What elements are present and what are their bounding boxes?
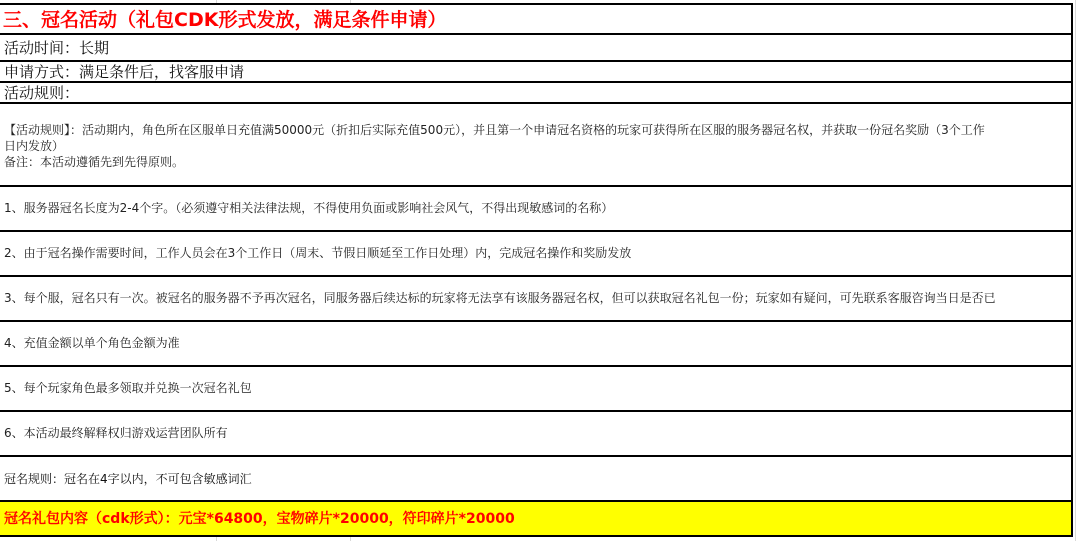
rule-item-text: 1、服务器冠名长度为2-4个字。（必须遵守相关法律法规，不得使用负面或影响社会风… [4, 201, 613, 215]
gridline [1075, 0, 1076, 541]
rule-item-text: 5、每个玩家角色最多领取并兑换一次冠名礼包 [4, 381, 252, 395]
rule-item-cell[interactable]: 4、充值金额以单个角色金额为准 [0, 322, 1071, 367]
rules-note-line: 备注：本活动遵循先到先得原则。 [4, 154, 1071, 170]
gridline [350, 537, 351, 541]
gridline [216, 537, 217, 541]
activity-time-cell[interactable]: 活动时间：长期 [0, 35, 1071, 62]
rule-item-text: 2、由于冠名操作需要时间，工作人员会在3个工作日（周末、节假日顺延至工作日处理）… [4, 246, 631, 260]
activity-time-text: 活动时间：长期 [4, 39, 109, 57]
rules-detail-line: 【活动规则】：活动期内，角色所在区服单日充值满50000元（折扣后实际充值500… [4, 122, 1071, 138]
naming-rule-text: 冠名规则：冠名在4字以内，不可包含敏感词汇 [4, 472, 252, 486]
rule-item-cell[interactable]: 1、服务器冠名长度为2-4个字。（必须遵守相关法律法规，不得使用负面或影响社会风… [0, 187, 1071, 232]
rule-item-cell[interactable]: 2、由于冠名操作需要时间，工作人员会在3个工作日（周末、节假日顺延至工作日处理）… [0, 232, 1071, 277]
rules-heading-text: 活动规则： [4, 84, 79, 102]
rule-item-text: 6、本活动最终解释权归游戏运营团队所有 [4, 426, 228, 440]
rule-item-cell[interactable]: 5、每个玩家角色最多领取并兑换一次冠名礼包 [0, 367, 1071, 412]
rules-detail-cell[interactable]: 【活动规则】：活动期内，角色所在区服单日充值满50000元（折扣后实际充值500… [0, 104, 1071, 187]
rule-item-cell[interactable]: 3、每个服，冠名只有一次。被冠名的服务器不予再次冠名，同服务器后续达标的玩家将无… [0, 277, 1071, 322]
rules-heading-cell[interactable]: 活动规则： [0, 83, 1071, 104]
gift-content-cell[interactable]: 冠名礼包内容（cdk形式）：元宝*64800，宝物碎片*20000，符印碎片*2… [0, 502, 1071, 537]
apply-method-text: 申请方式：满足条件后，找客服申请 [4, 63, 244, 81]
section-title-cell[interactable]: 三、冠名活动（礼包CDK形式发放，满足条件申请） [0, 5, 1071, 35]
naming-rule-cell[interactable]: 冠名规则：冠名在4字以内，不可包含敏感词汇 [0, 457, 1071, 502]
spreadsheet-table: 三、冠名活动（礼包CDK形式发放，满足条件申请） 活动时间：长期 申请方式：满足… [0, 3, 1073, 537]
gift-content-text: 冠名礼包内容（cdk形式）：元宝*64800，宝物碎片*20000，符印碎片*2… [4, 511, 515, 527]
rule-item-cell[interactable]: 6、本活动最终解释权归游戏运营团队所有 [0, 412, 1071, 457]
rules-detail-line: 日内发放） [4, 138, 1071, 154]
rule-item-text: 3、每个服，冠名只有一次。被冠名的服务器不予再次冠名，同服务器后续达标的玩家将无… [4, 291, 996, 305]
apply-method-cell[interactable]: 申请方式：满足条件后，找客服申请 [0, 62, 1071, 83]
section-title: 三、冠名活动（礼包CDK形式发放，满足条件申请） [3, 9, 446, 31]
rule-item-text: 4、充值金额以单个角色金额为准 [4, 336, 180, 350]
